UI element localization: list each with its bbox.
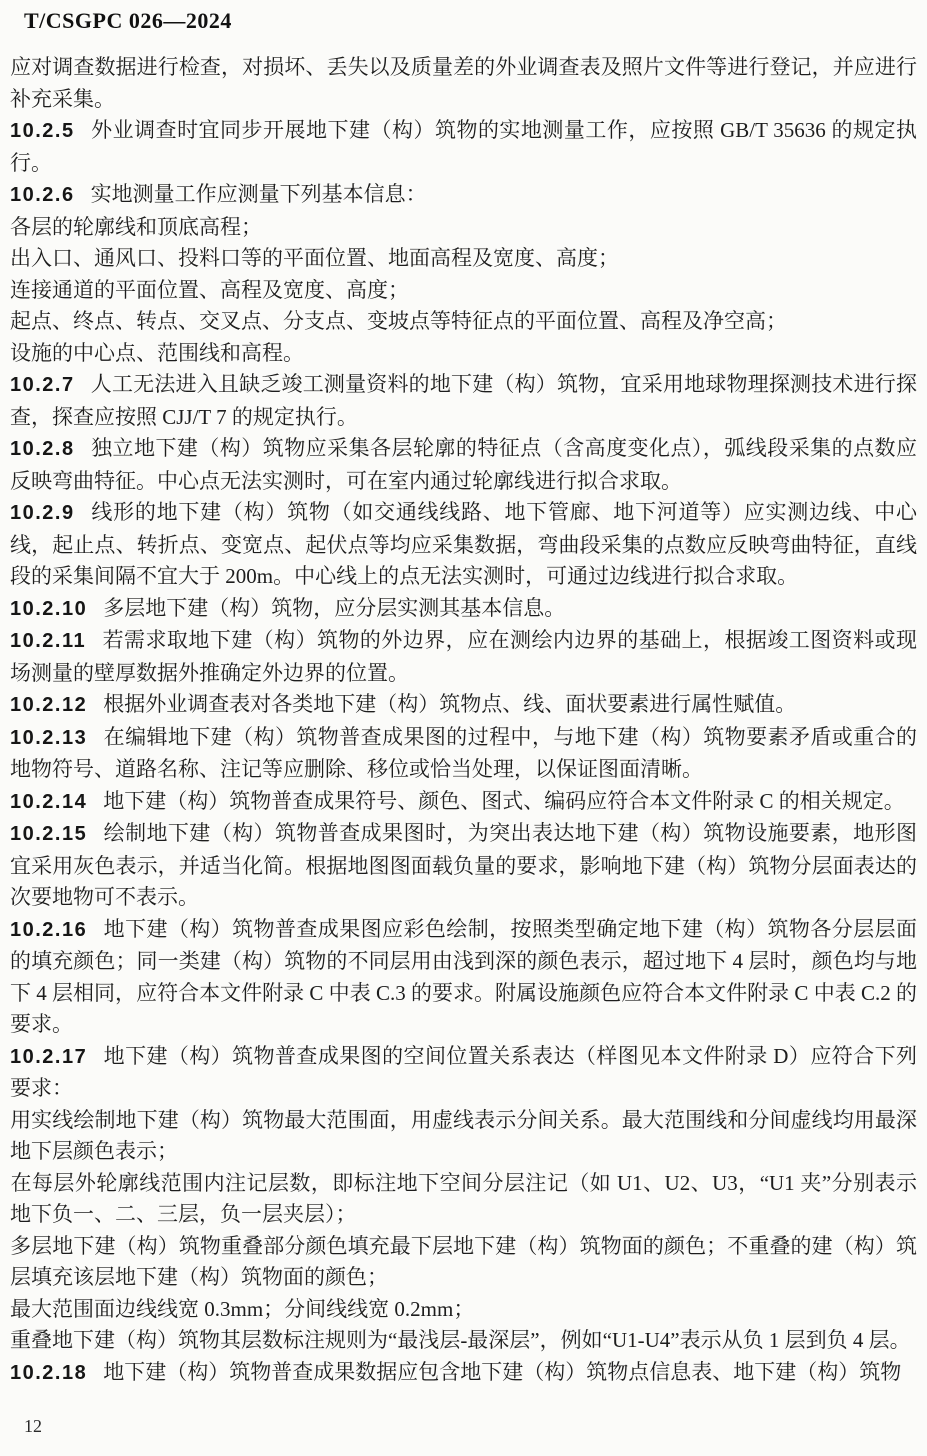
clause-number: 10.2.9	[10, 502, 75, 524]
list-item-c: c)连接通道的平面位置、高程及宽度、高度；	[10, 275, 917, 307]
document-body: d)应对调查数据进行检查，对损坏、丢失以及质量差的外业调查表及照片文件等进行登记…	[10, 52, 917, 1389]
document-page: T/CSGPC 026—2024 d)应对调查数据进行检查，对损坏、丢失以及质量…	[0, 0, 927, 1456]
clause-10-2-14: 10.2.14地下建（构）筑物普查成果符号、颜色、图式、编码应符合本文件附录 C…	[10, 786, 917, 819]
clause-number: 10.2.7	[10, 374, 75, 396]
list-letter: b)	[0, 1168, 10, 1200]
list-item-text: 起点、终点、转点、交叉点、分支点、变坡点等特征点的平面位置、高程及净空高；	[10, 309, 787, 333]
clause-10-2-7: 10.2.7人工无法进入且缺乏竣工测量资料的地下建（构）筑物，宜采用地球物理探测…	[10, 369, 917, 433]
clause-10-2-8: 10.2.8独立地下建（构）筑物应采集各层轮廓的特征点（含高度变化点），弧线段采…	[10, 433, 917, 497]
standard-number-header: T/CSGPC 026—2024	[24, 8, 917, 34]
list-item-text: 最大范围面边线线宽 0.3mm；分间线线宽 0.2mm；	[10, 1297, 474, 1321]
clause-10-2-9: 10.2.9线形的地下建（构）筑物（如交通线线路、地下管廊、地下河道等）应实测边…	[10, 497, 917, 593]
list-letter: a)	[0, 212, 10, 244]
list-item-text: 用实线绘制地下建（构）筑物最大范围面，用虚线表示分间关系。最大范围线和分间虚线均…	[10, 1108, 917, 1164]
list-item-text: 重叠地下建（构）筑物其层数标注规则为“最浅层-最深层”，例如“U1-U4”表示从…	[10, 1328, 911, 1352]
clause-number: 10.2.12	[10, 694, 87, 716]
list-letter: c)	[0, 275, 10, 307]
clause-10-2-10: 10.2.10多层地下建（构）筑物，应分层实测其基本信息。	[10, 593, 917, 626]
clause-number: 10.2.13	[10, 727, 87, 749]
list-item-e: e)设施的中心点、范围线和高程。	[10, 338, 917, 370]
clause-number: 10.2.11	[10, 630, 86, 652]
clause-text: 地下建（构）筑物普查成果图应彩色绘制，按照类型确定地下建（构）筑物各分层层面的填…	[10, 917, 917, 1037]
clause-10-2-17: 10.2.17地下建（构）筑物普查成果图的空间位置关系表达（样图见本文件附录 D…	[10, 1041, 917, 1105]
clause-10-2-13: 10.2.13在编辑地下建（构）筑物普查成果图的过程中，与地下建（构）筑物要素矛…	[10, 722, 917, 786]
clause-10-2-18: 10.2.18地下建（构）筑物普查成果数据应包含地下建（构）筑物点信息表、地下建…	[10, 1357, 917, 1390]
list-item-text: 出入口、通风口、投料口等的平面位置、地面高程及宽度、高度；	[10, 246, 619, 270]
clause-number: 10.2.6	[10, 184, 75, 206]
clause-text: 绘制地下建（构）筑物普查成果图时，为突出表达地下建（构）筑物设施要素，地形图宜采…	[10, 821, 917, 909]
clause-number: 10.2.14	[10, 791, 87, 813]
list-item-a: a)用实线绘制地下建（构）筑物最大范围面，用虚线表示分间关系。最大范围线和分间虚…	[10, 1105, 917, 1168]
clause-text: 在编辑地下建（构）筑物普查成果图的过程中，与地下建（构）筑物要素矛盾或重合的地物…	[10, 725, 917, 782]
clause-number: 10.2.5	[10, 120, 75, 142]
clause-number: 10.2.16	[10, 919, 87, 941]
list-letter: c)	[0, 1231, 10, 1263]
clause-10-2-12: 10.2.12根据外业调查表对各类地下建（构）筑物点、线、面状要素进行属性赋值。	[10, 689, 917, 722]
list-letter: d)	[0, 52, 10, 84]
list-item-text: 各层的轮廓线和顶底高程；	[10, 215, 262, 239]
list-item-e: e)重叠地下建（构）筑物其层数标注规则为“最浅层-最深层”，例如“U1-U4”表…	[10, 1325, 917, 1357]
clause-text: 人工无法进入且缺乏竣工测量资料的地下建（构）筑物，宜采用地球物理探测技术进行探查…	[10, 372, 917, 429]
list-item-text: 在每层外轮廓线范围内注记层数，即标注地下空间分层注记（如 U1、U2、U3，“U…	[10, 1171, 917, 1227]
list-item-a: a)各层的轮廓线和顶底高程；	[10, 212, 917, 244]
clause-text: 地下建（构）筑物普查成果符号、颜色、图式、编码应符合本文件附录 C 的相关规定。	[103, 789, 905, 813]
clause-number: 10.2.10	[10, 598, 87, 620]
clause-number: 10.2.17	[10, 1046, 87, 1068]
clause-number: 10.2.18	[10, 1362, 87, 1384]
clause-text: 根据外业调查表对各类地下建（构）筑物点、线、面状要素进行属性赋值。	[103, 692, 796, 716]
clause-number: 10.2.15	[10, 823, 87, 845]
list-item-d: d)起点、终点、转点、交叉点、分支点、变坡点等特征点的平面位置、高程及净空高；	[10, 306, 917, 338]
list-item-text: 设施的中心点、范围线和高程。	[10, 341, 304, 365]
clause-text: 地下建（构）筑物普查成果图的空间位置关系表达（样图见本文件附录 D）应符合下列要…	[10, 1044, 917, 1101]
clause-text: 独立地下建（构）筑物应采集各层轮廓的特征点（含高度变化点），弧线段采集的点数应反…	[10, 436, 917, 493]
clause-10-2-15: 10.2.15绘制地下建（构）筑物普查成果图时，为突出表达地下建（构）筑物设施要…	[10, 818, 917, 914]
list-item-c: c)多层地下建（构）筑物重叠部分颜色填充最下层地下建（构）筑物面的颜色；不重叠的…	[10, 1231, 917, 1294]
list-letter: b)	[0, 243, 10, 275]
clause-number: 10.2.8	[10, 438, 75, 460]
clause-10-2-5: 10.2.5外业调查时宜同步开展地下建（构）筑物的实地测量工作，应按照 GB/T…	[10, 115, 917, 179]
list-item-d: d)最大范围面边线线宽 0.3mm；分间线线宽 0.2mm；	[10, 1294, 917, 1326]
clause-text: 实地测量工作应测量下列基本信息：	[91, 182, 427, 206]
clause-text: 线形的地下建（构）筑物（如交通线线路、地下管廊、地下河道等）应实测边线、中心线，…	[10, 500, 917, 588]
list-letter: e)	[0, 1325, 10, 1357]
list-letter: e)	[0, 338, 10, 370]
clause-10-2-6: 10.2.6实地测量工作应测量下列基本信息：	[10, 179, 917, 212]
list-item-text: 应对调查数据进行检查，对损坏、丢失以及质量差的外业调查表及照片文件等进行登记，并…	[10, 55, 917, 111]
list-item-b: b)出入口、通风口、投料口等的平面位置、地面高程及宽度、高度；	[10, 243, 917, 275]
list-letter: d)	[0, 306, 10, 338]
clause-10-2-16: 10.2.16地下建（构）筑物普查成果图应彩色绘制，按照类型确定地下建（构）筑物…	[10, 914, 917, 1041]
list-item-text: 多层地下建（构）筑物重叠部分颜色填充最下层地下建（构）筑物面的颜色；不重叠的建（…	[10, 1234, 917, 1290]
list-item-b: b)在每层外轮廓线范围内注记层数，即标注地下空间分层注记（如 U1、U2、U3，…	[10, 1168, 917, 1231]
clause-text: 若需求取地下建（构）筑物的外边界，应在测绘内边界的基础上，根据竣工图资料或现场测…	[10, 628, 917, 685]
list-letter: a)	[0, 1105, 10, 1137]
clause-10-2-11: 10.2.11若需求取地下建（构）筑物的外边界，应在测绘内边界的基础上，根据竣工…	[10, 625, 917, 689]
page-number: 12	[24, 1416, 42, 1437]
list-letter: d)	[0, 1294, 10, 1326]
clause-text: 地下建（构）筑物普查成果数据应包含地下建（构）筑物点信息表、地下建（构）筑物	[103, 1360, 901, 1384]
clause-text: 外业调查时宜同步开展地下建（构）筑物的实地测量工作，应按照 GB/T 35636…	[10, 118, 917, 175]
clause-text: 多层地下建（构）筑物，应分层实测其基本信息。	[103, 596, 565, 620]
list-item-d: d)应对调查数据进行检查，对损坏、丢失以及质量差的外业调查表及照片文件等进行登记…	[10, 52, 917, 115]
list-item-text: 连接通道的平面位置、高程及宽度、高度；	[10, 278, 409, 302]
